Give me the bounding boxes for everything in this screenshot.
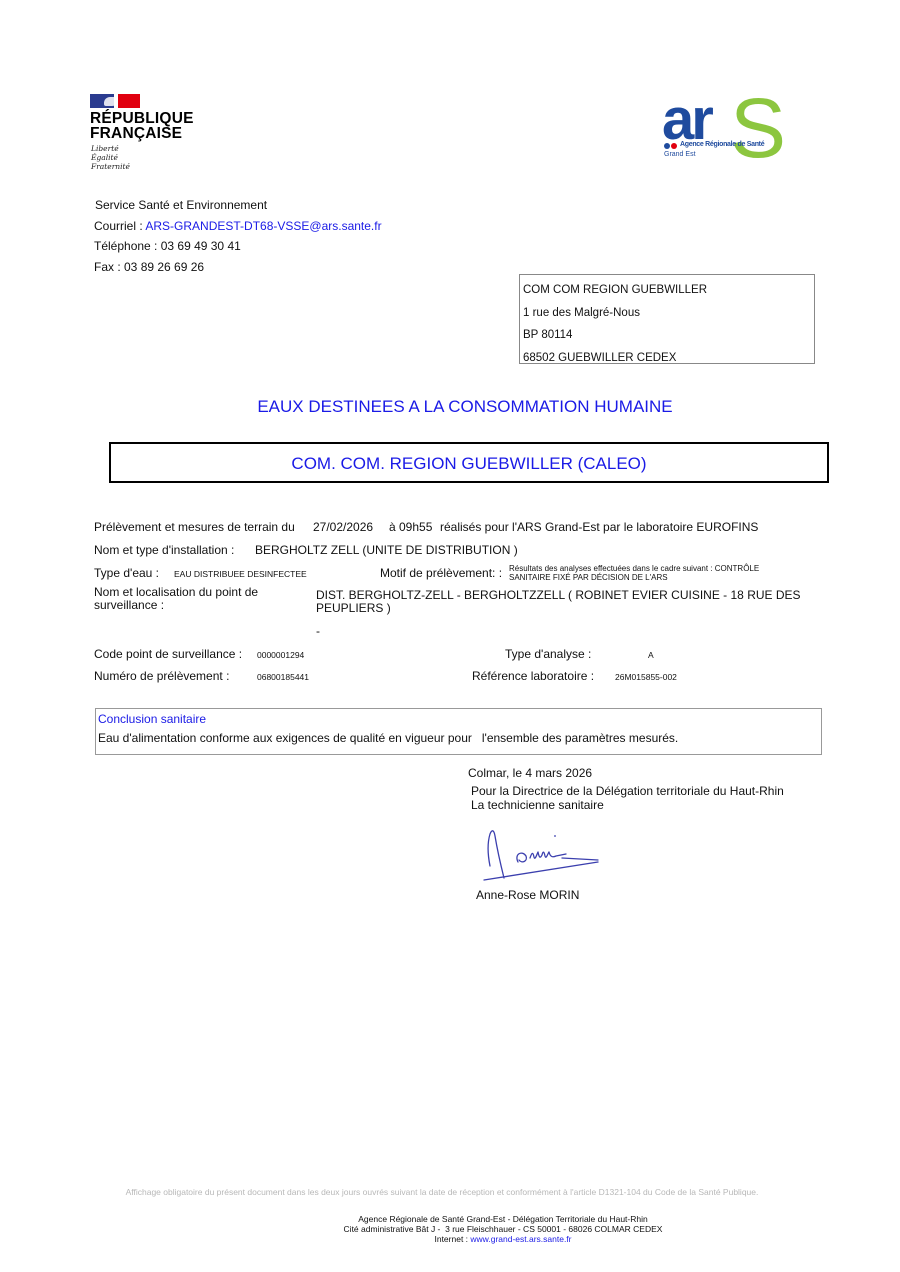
recipient-line: COM COM REGION GUEBWILLER bbox=[523, 279, 814, 302]
on-behalf-line: Pour la Directrice de la Délégation terr… bbox=[471, 784, 784, 798]
sampling-intro-label: Prélèvement et mesures de terrain du bbox=[94, 520, 295, 534]
sampling-performed-by: réalisés pour l'ARS Grand-Est par le lab… bbox=[440, 520, 758, 534]
signer-role: La technicienne sanitaire bbox=[471, 798, 604, 812]
point-extra: - bbox=[316, 624, 320, 638]
point-label: Nom et localisation du point de surveill… bbox=[94, 586, 258, 612]
sample-number-value: 06800185441 bbox=[257, 672, 309, 682]
legal-display-notice: Affichage obligatoire du présent documen… bbox=[0, 1187, 884, 1197]
sender-service: Service Santé et Environnement bbox=[95, 198, 267, 212]
reason-label: Motif de prélèvement: : bbox=[380, 566, 502, 580]
reason-value: Résultats des analyses effectuées dans l… bbox=[509, 564, 759, 582]
ars-subtitle: Agence Régionale de Santé bbox=[680, 141, 764, 148]
signer-name: Anne-Rose MORIN bbox=[476, 888, 579, 902]
sampling-date: 27/02/2026 bbox=[313, 520, 373, 534]
footer-address: Cité administrative Bât J - 3 rue Fleisc… bbox=[0, 1224, 900, 1234]
place-date: Colmar, le 4 mars 2026 bbox=[468, 766, 592, 780]
water-type-value: EAU DISTRIBUEE DESINFECTEE bbox=[174, 569, 307, 579]
sender-email-line: Courriel : ARS-GRANDEST-DT68-VSSE@ars.sa… bbox=[94, 219, 382, 233]
analysis-type-value: A bbox=[648, 650, 654, 660]
code-value: 0000001294 bbox=[257, 650, 304, 660]
point-value: DIST. BERGHOLTZ-ZELL - BERGHOLTZZELL ( R… bbox=[316, 589, 801, 615]
sampling-time: à 09h55 bbox=[389, 520, 432, 534]
footer-internet: Internet : www.grand-est.ars.sante.fr bbox=[0, 1234, 900, 1244]
installation-label: Nom et type d'installation : bbox=[94, 543, 234, 557]
sender-fax: Fax : 03 89 26 69 26 bbox=[94, 260, 204, 274]
recipient-address-box: COM COM REGION GUEBWILLER 1 rue des Malg… bbox=[519, 274, 815, 364]
sender-email-link[interactable]: ARS-GRANDEST-DT68-VSSE@ars.sante.fr bbox=[145, 219, 381, 233]
document-title: EAUX DESTINEES A LA CONSOMMATION HUMAINE bbox=[0, 397, 900, 417]
republique-francaise-logo: RÉPUBLIQUE FRANÇAISE Liberté Égalité Fra… bbox=[90, 94, 220, 178]
entity-banner: COM. COM. REGION GUEBWILLER (CALEO) bbox=[109, 442, 829, 483]
ars-s-letter: S bbox=[730, 86, 786, 170]
recipient-line: 1 rue des Malgré-Nous bbox=[523, 302, 814, 325]
sender-phone: Téléphone : 03 69 49 30 41 bbox=[94, 239, 241, 253]
ars-dots-icon bbox=[664, 143, 680, 149]
sample-number-label: Numéro de prélèvement : bbox=[94, 669, 229, 683]
recipient-line: 68502 GUEBWILLER CEDEX bbox=[523, 347, 814, 370]
conclusion-title: Conclusion sanitaire bbox=[98, 712, 206, 726]
footer-website-link[interactable]: www.grand-est.ars.sante.fr bbox=[470, 1234, 571, 1244]
marianne-flag-icon bbox=[90, 94, 140, 108]
lab-ref-value: 26M015855-002 bbox=[615, 672, 677, 682]
rf-title: RÉPUBLIQUE FRANÇAISE bbox=[90, 111, 194, 141]
footer-agency: Agence Régionale de Santé Grand-Est - Dé… bbox=[0, 1214, 900, 1224]
recipient-line: BP 80114 bbox=[523, 324, 814, 347]
handwritten-signature bbox=[482, 826, 606, 884]
water-type-label: Type d'eau : bbox=[94, 566, 159, 580]
ars-logo: ar S Agence Régionale de Santé Grand Est bbox=[648, 90, 788, 180]
analysis-type-label: Type d'analyse : bbox=[505, 647, 591, 661]
conclusion-text: Eau d'alimentation conforme aux exigence… bbox=[98, 731, 678, 745]
installation-value: BERGHOLTZ ZELL (UNITE DE DISTRIBUTION ) bbox=[255, 543, 518, 557]
ars-region: Grand Est bbox=[664, 151, 696, 158]
code-label: Code point de surveillance : bbox=[94, 647, 242, 661]
lab-ref-label: Référence laboratoire : bbox=[472, 669, 594, 683]
rf-motto: Liberté Égalité Fraternité bbox=[91, 144, 130, 171]
